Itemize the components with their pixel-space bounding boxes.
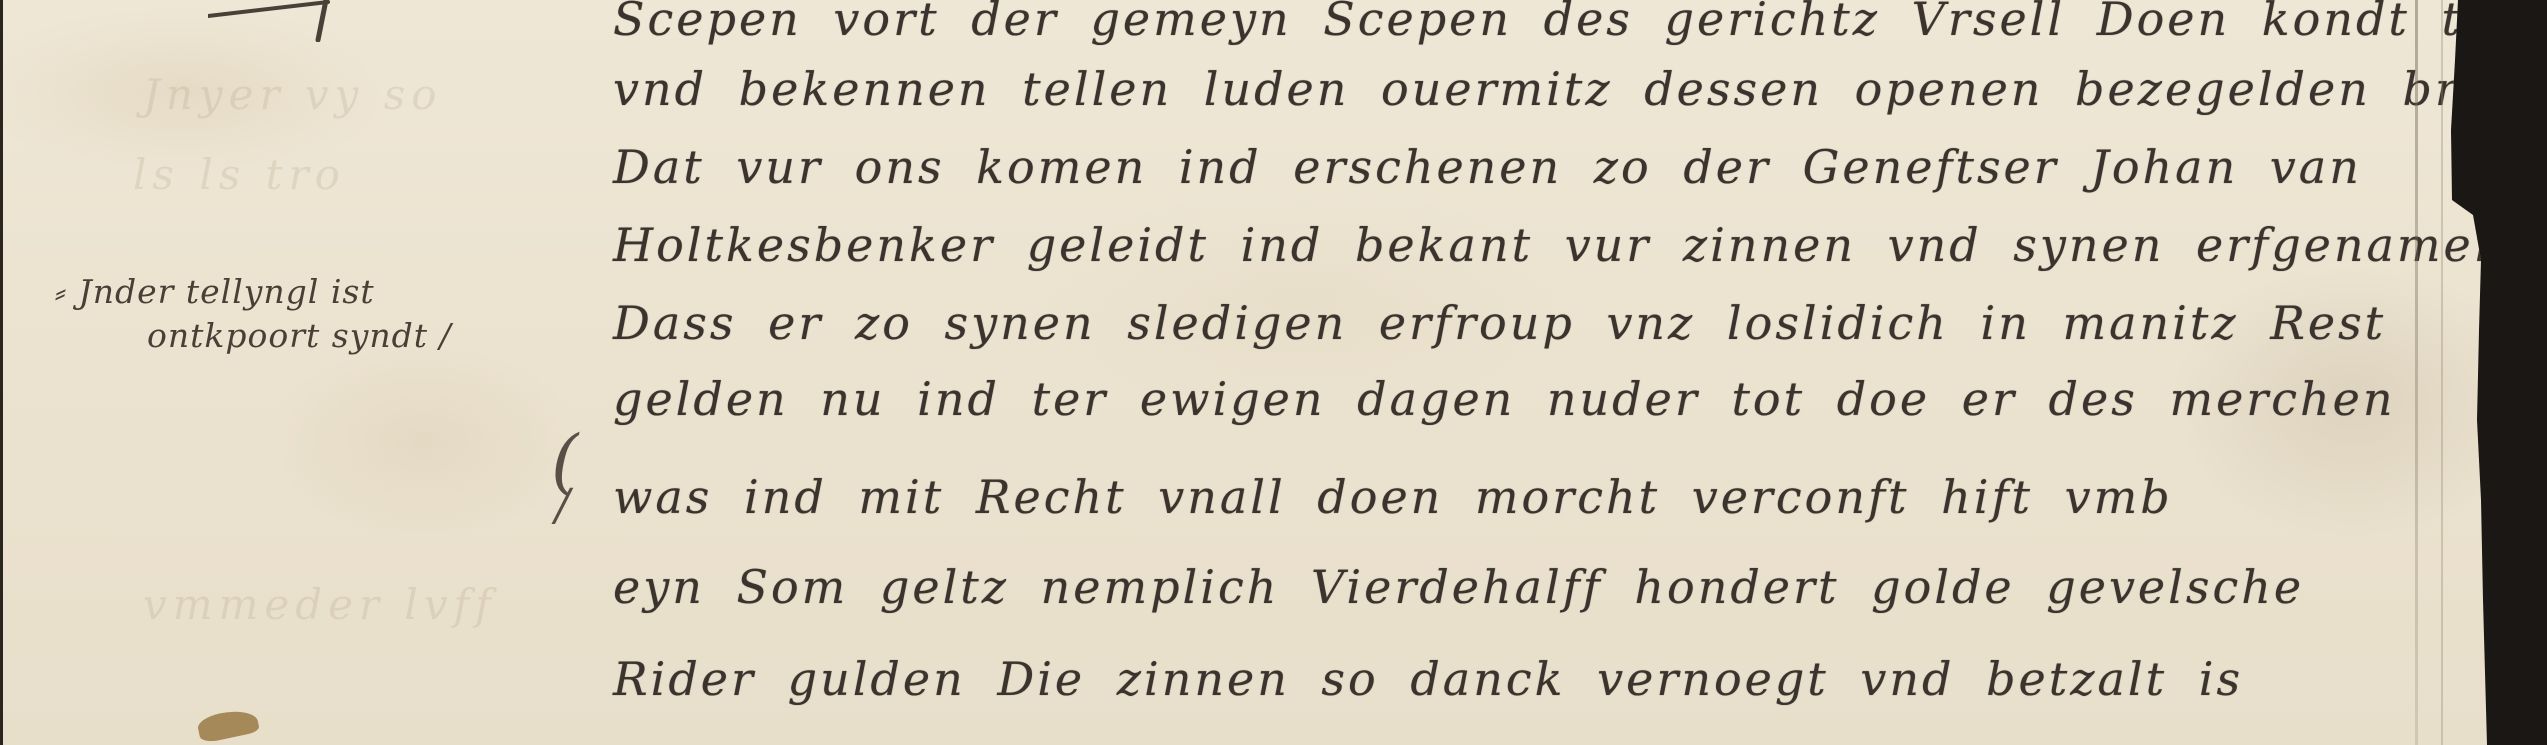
- text-line: vnd bekennen tellen luden ouermitz desse…: [613, 62, 2547, 116]
- pen-stroke-mark: [208, 0, 368, 42]
- text-line: Holtkesbenker geleidt ind bekant vur zin…: [613, 218, 2506, 272]
- text-line: gelden nu ind ter ewigen dagen nuder tot…: [613, 372, 2396, 426]
- text-line: Dat vur ons komen ind erschenen zo der G…: [613, 140, 2362, 194]
- show-through-text: Jnyer vy so: [143, 70, 443, 119]
- text-line: Scepen vort der gemeyn Scepen des gerich…: [613, 0, 2528, 46]
- margin-annotation: ⸗ Jnder tellyngl ist ontkpoort syndt /: [55, 270, 575, 358]
- manuscript-page: Jnyer vy so ls ls tro vmmeder lvff ⸗ Jnd…: [3, 0, 2503, 745]
- text-line: Rider gulden Die zinnen so danck vernoeg…: [613, 652, 2243, 706]
- text-line: was ind mit Recht vnall doen morcht verc…: [613, 470, 2173, 524]
- document-viewer: Jnyer vy so ls ls tro vmmeder lvff ⸗ Jnd…: [0, 0, 2547, 745]
- ink-blot: [196, 706, 260, 744]
- page-fold-line: [2415, 0, 2418, 745]
- show-through-text: vmmeder lvff: [143, 580, 497, 629]
- show-through-text: ls ls tro: [133, 150, 346, 199]
- margin-note-line: ⸗ Jnder tellyngl ist: [55, 270, 575, 314]
- text-line: eyn Som geltz nemplich Vierdehalff honde…: [613, 560, 2304, 614]
- margin-note-line: ontkpoort syndt /: [55, 314, 575, 358]
- text-line: Dass er zo synen sledigen erfroup vnz lo…: [613, 296, 2386, 350]
- margin-bracket: /: [555, 480, 570, 531]
